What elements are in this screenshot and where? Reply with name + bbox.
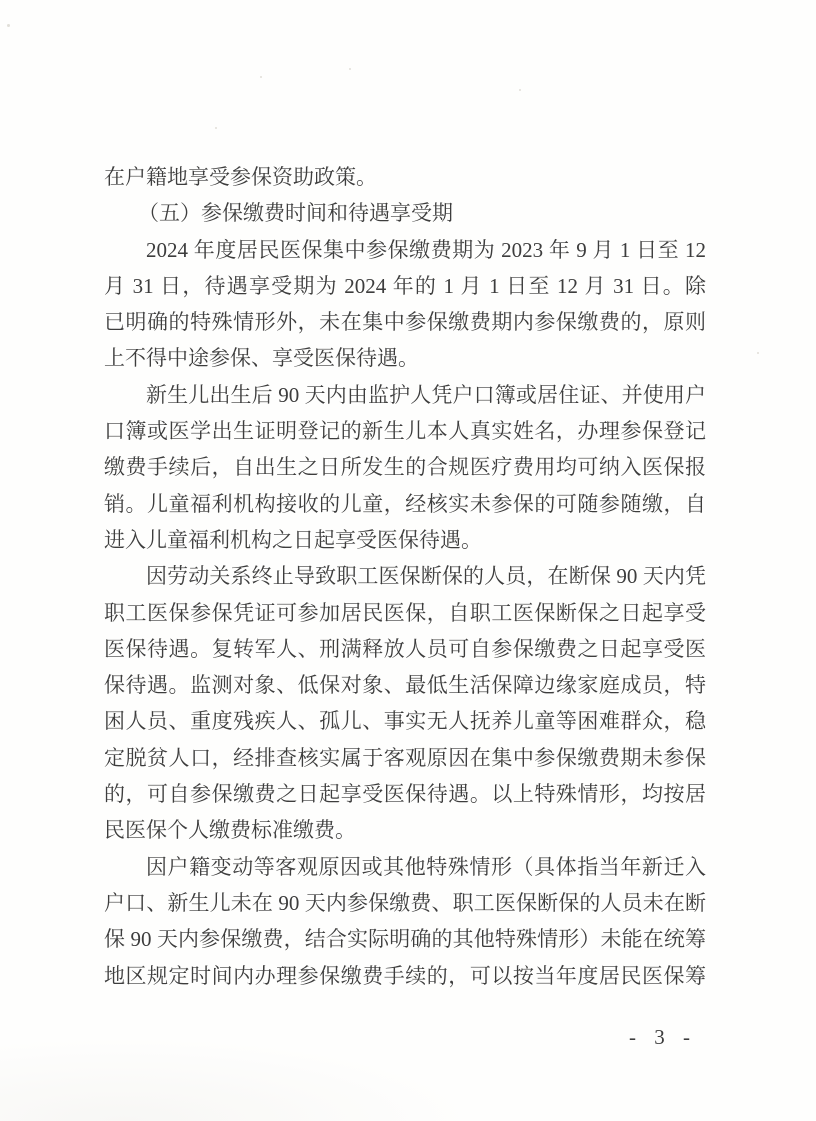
text-line: 困人员、重度残疾人、孤儿、事实无人抚养儿童等困难群众，稳: [104, 703, 706, 739]
text-line: 销。儿童福利机构接收的儿童，经核实未参保的可随参随缴，自: [104, 486, 706, 522]
text-line: 保待遇。监测对象、低保对象、最低生活保障边缘家庭成员，特: [104, 667, 706, 703]
text-line: 因劳动关系终止导致职工医保断保的人员，在断保 90 天内凭: [104, 558, 706, 594]
text-line: 定脱贫人口，经排查核实属于客观原因在集中参保缴费期未参保: [104, 740, 706, 776]
text-line: 民医保个人缴费标准缴费。: [104, 812, 706, 848]
text-line: 已明确的特殊情形外，未在集中参保缴费期内参保缴费的，原则: [104, 304, 706, 340]
text-line: 因户籍变动等客观原因或其他特殊情形（具体指当年新迁入: [104, 849, 706, 885]
text-line: 职工医保参保凭证可参加居民医保，自职工医保断保之日起享受: [104, 595, 706, 631]
text-line: 新生儿出生后 90 天内由监护人凭户口簿或居住证、并使用户: [104, 377, 706, 413]
scanned-document-page: 在户籍地享受参保资助政策。（五）参保缴费时间和待遇享受期2024 年度居民医保集…: [0, 0, 816, 1121]
section-heading: （五）参保缴费时间和待遇享受期: [104, 195, 706, 231]
scan-speckle: [757, 352, 759, 354]
text-line: 的，可自参保缴费之日起享受医保待遇。以上特殊情形，均按居: [104, 776, 706, 812]
document-body: 在户籍地享受参保资助政策。（五）参保缴费时间和待遇享受期2024 年度居民医保集…: [104, 159, 706, 994]
scan-speckle: [260, 76, 262, 78]
text-line: 口簿或医学出生证明登记的新生儿本人真实姓名，办理参保登记: [104, 413, 706, 449]
text-line: 月 31 日，待遇享受期为 2024 年的 1 月 1 日至 12 月 31 日…: [104, 268, 706, 304]
text-line: 缴费手续后，自出生之日所发生的合规医疗费用均可纳入医保报: [104, 449, 706, 485]
scan-speckle: [215, 127, 217, 129]
page-number: - 3 -: [629, 1025, 695, 1049]
text-line: 医保待遇。复转军人、刑满释放人员可自参保缴费之日起享受医: [104, 631, 706, 667]
text-line: 进入儿童福利机构之日起享受医保待遇。: [104, 522, 706, 558]
text-line: 地区规定时间内办理参保缴费手续的，可以按当年度居民医保筹: [104, 958, 706, 994]
text-line: 上不得中途参保、享受医保待遇。: [104, 340, 706, 376]
scan-speckle: [519, 89, 521, 91]
scan-speckle: [7, 24, 10, 27]
scan-speckle: [349, 68, 351, 70]
text-line: 保 90 天内参保缴费，结合实际明确的其他特殊情形）未能在统筹: [104, 921, 706, 957]
text-line: 户口、新生儿未在 90 天内参保缴费、职工医保断保的人员未在断: [104, 885, 706, 921]
text-line: 在户籍地享受参保资助政策。: [104, 159, 706, 195]
text-line: 2024 年度居民医保集中参保缴费期为 2023 年 9 月 1 日至 12: [104, 232, 706, 268]
